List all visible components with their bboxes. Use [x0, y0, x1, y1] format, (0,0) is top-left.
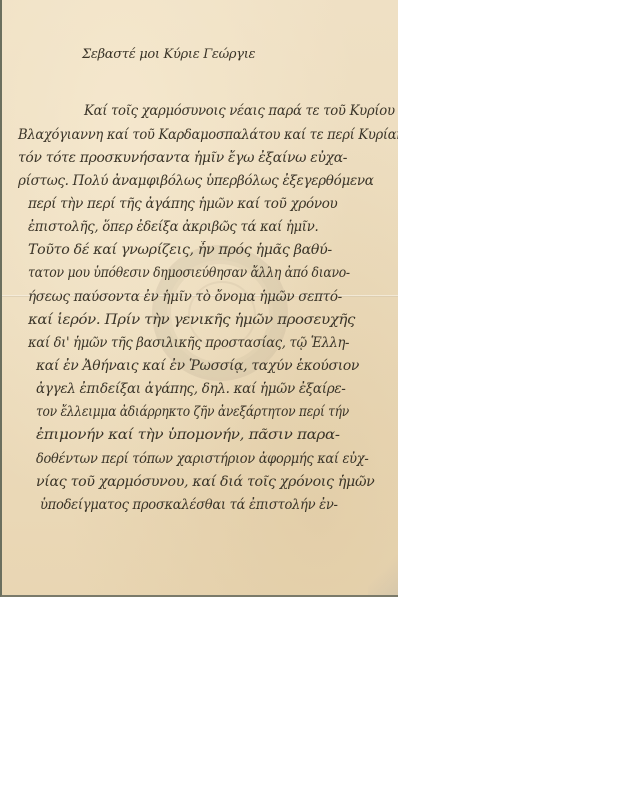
letter-salutation: Σεβαστέ μοι Κύριε Γεώργιε: [82, 47, 255, 62]
letter-line: ἐπιμονήν καί τὴν ὑπομονήν, πᾶσιν παρα-: [36, 427, 340, 443]
letter-line: τον ἔλλειμμα ἀδιάρρηκτο ζῆν ἀνεξάρτητον …: [36, 404, 349, 420]
letter-line: ρίστως. Πολύ ἀναμφιβόλως ὑπερβόλως ἐξεγε…: [18, 173, 374, 189]
letter-line: καί ἱερόν. Πρίν τὴν γενικῆς ἡμῶν προσευχ…: [28, 312, 355, 328]
letter-line: Καί τοῖς χαρμόσυνοις νέαις παρά τε τοῦ Κ…: [84, 103, 395, 119]
letter-line: Βλαχόγιαννη καί τοῦ Καρδαμοσπαλάτου καί …: [18, 127, 398, 143]
letter-line: τόν τότε προσκυνήσαντα ἡμῖν ἔγω ἐξαίνω ε…: [18, 150, 347, 166]
letter-page: Σεβαστέ μοι Κύριε Γεώργιε Καί τοῖς χαρμό…: [0, 0, 398, 597]
letter-line: τατον μου ὑπόθεσιν δημοσιεύθησαν ἄλλη ἀπ…: [28, 265, 350, 281]
letter-line: ήσεως παύσοντα ἐν ἡμῖν τὸ ὄνομα ἡμῶν σεπ…: [28, 289, 342, 305]
letter-line: καί ἐν Ἀθήναις καί ἐν Ῥωσσίᾳ, ταχύν ἑκού…: [36, 358, 359, 374]
letter-line: νίας τοῦ χαρμόσυνου, καί διά τοῖς χρόνοι…: [36, 474, 374, 490]
letter-line: Τοῦτο δέ καί γνωρίζεις, ἦν πρός ἡμᾶς βαθ…: [28, 242, 332, 258]
letter-line: καί δι' ἡμῶν τῆς βασιλικῆς προστασίας, τ…: [28, 335, 349, 351]
letter-line: ἐπιστολῆς, ὅπερ ἐδείξα ἀκριβῶς τά καί ἡμ…: [28, 219, 318, 235]
letter-line: δοθέντων περί τόπων χαριστήριον ἀφορμής …: [36, 451, 368, 467]
page-corner-shadow: [368, 555, 398, 595]
letter-line: ὑποδείγματος προσκαλέσθαι τά ἐπιστολήν ἐ…: [40, 497, 338, 513]
letter-line: περί τὴν περί τῆς ἀγάπης ἡμῶν καί τοῦ χρ…: [28, 196, 337, 212]
letter-line: ἀγγελ ἐπιδείξαι ἀγάπης, δηλ. καί ἡμῶν ἐξ…: [36, 381, 346, 397]
